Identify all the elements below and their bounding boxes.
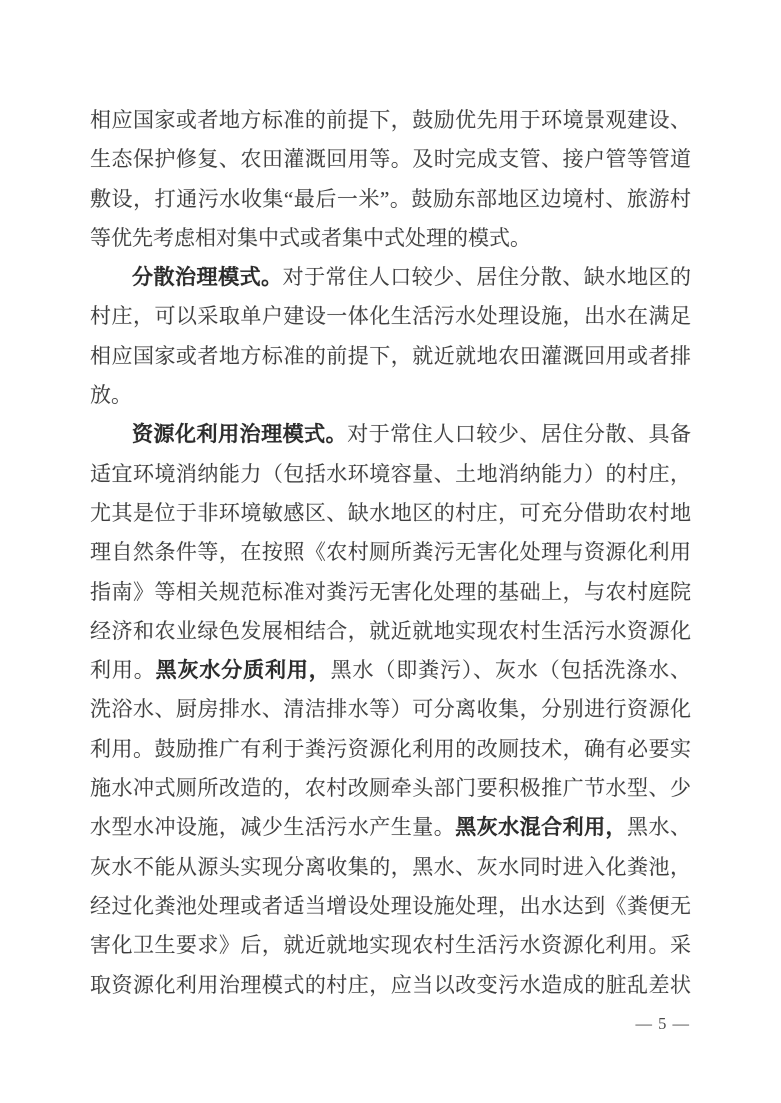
bold-heading-run: 黑灰水分质利用， — [156, 658, 331, 682]
page-number: — 5 — — [636, 1012, 691, 1036]
text-line: 施水冲式厕所改造的，农村改厕牵头部门要积极推广节水型、少 — [90, 769, 691, 808]
text-run: 经济和农业绿色发展相结合，就近就地实现农村生活污水资源化 — [90, 619, 691, 643]
text-run: 相应国家或者地方标准的前提下，就近就地农田灌溉回用或者排 — [90, 344, 691, 368]
text-line: 经济和农业绿色发展相结合，就近就地实现农村生活污水资源化 — [90, 612, 691, 651]
text-run: 敷设，打通污水收集“最后一米”。鼓励东部地区边境村、旅游村 — [90, 187, 691, 211]
text-line: 放。 — [90, 376, 691, 415]
text-run: 施水冲式厕所改造的，农村改厕牵头部门要积极推广节水型、少 — [90, 776, 691, 800]
text-run: 对于常住人口较少、居住分散、缺水地区的 — [283, 265, 691, 289]
bold-heading-run: 资源化利用治理模式。 — [132, 422, 347, 446]
text-run: 生态保护修复、农田灌溉回用等。及时完成支管、接户管等管道 — [90, 147, 691, 171]
text-line: 村庄，可以采取单户建设一体化生活污水处理设施，出水在满足 — [90, 297, 691, 336]
text-run: 指南》等相关规范标准对粪污无害化处理的基础上，与农村庭院 — [90, 580, 691, 604]
text-line: 利用。鼓励推广有利于粪污资源化利用的改厕技术，确有必要实 — [90, 730, 691, 769]
text-line: 灰水不能从源头实现分离收集的，黑水、灰水同时进入化粪池， — [90, 848, 691, 887]
text-line: 尤其是位于非环境敏感区、缺水地区的村庄，可充分借助农村地 — [90, 494, 691, 533]
text-line: 资源化利用治理模式。对于常住人口较少、居住分散、具备 — [90, 415, 691, 454]
text-line: 取资源化利用治理模式的村庄，应当以改变污水造成的脏乱差状 — [90, 966, 691, 1005]
document-page: 相应国家或者地方标准的前提下，鼓励优先用于环境景观建设、生态保护修复、农田灌溉回… — [0, 0, 781, 1103]
text-run: 黑水、 — [627, 815, 691, 839]
text-run: 利用。鼓励推广有利于粪污资源化利用的改厕技术，确有必要实 — [90, 737, 691, 761]
text-run: 经过化粪池处理或者适当增设处理设施处理，出水达到《粪便无 — [90, 894, 691, 918]
text-run: 灰水不能从源头实现分离收集的，黑水、灰水同时进入化粪池， — [90, 855, 691, 879]
text-run: 相应国家或者地方标准的前提下，鼓励优先用于环境景观建设、 — [90, 108, 691, 132]
text-line: 生态保护修复、农田灌溉回用等。及时完成支管、接户管等管道 — [90, 140, 691, 179]
text-run: 村庄，可以采取单户建设一体化生活污水处理设施，出水在满足 — [90, 304, 691, 328]
text-line: 洗浴水、厨房排水、清洁排水等）可分离收集，分别进行资源化 — [90, 690, 691, 729]
text-line: 利用。黑灰水分质利用，黑水（即粪污）、灰水（包括洗涤水、 — [90, 651, 691, 690]
text-line: 等优先考虑相对集中式或者集中式处理的模式。 — [90, 219, 691, 258]
text-run: 水型水冲设施，减少生活污水产生量。 — [90, 815, 455, 839]
bold-heading-run: 黑灰水混合利用， — [455, 815, 627, 839]
text-run: 害化卫生要求》后，就近就地实现农村生活污水资源化利用。采 — [90, 933, 691, 957]
text-run: 取资源化利用治理模式的村庄，应当以改变污水造成的脏乱差状 — [90, 973, 691, 997]
text-line: 理自然条件等，在按照《农村厕所粪污无害化处理与资源化利用 — [90, 533, 691, 572]
text-run: 利用。 — [90, 658, 156, 682]
text-run: 放。 — [90, 383, 132, 407]
text-run: 黑水（即粪污）、灰水（包括洗涤水、 — [331, 658, 691, 682]
text-run: 洗浴水、厨房排水、清洁排水等）可分离收集，分别进行资源化 — [90, 697, 691, 721]
text-run: 尤其是位于非环境敏感区、缺水地区的村庄，可充分借助农村地 — [90, 501, 691, 525]
text-line: 相应国家或者地方标准的前提下，鼓励优先用于环境景观建设、 — [90, 101, 691, 140]
text-line: 指南》等相关规范标准对粪污无害化处理的基础上，与农村庭院 — [90, 573, 691, 612]
text-line: 分散治理模式。对于常住人口较少、居住分散、缺水地区的 — [90, 258, 691, 297]
text-line: 适宜环境消纳能力（包括水环境容量、土地消纳能力）的村庄， — [90, 455, 691, 494]
text-line: 敷设，打通污水收集“最后一米”。鼓励东部地区边境村、旅游村 — [90, 180, 691, 219]
text-line: 经过化粪池处理或者适当增设处理设施处理，出水达到《粪便无 — [90, 887, 691, 926]
text-line: 害化卫生要求》后，就近就地实现农村生活污水资源化利用。采 — [90, 926, 691, 965]
bold-heading-run: 分散治理模式。 — [132, 265, 283, 289]
document-lines: 相应国家或者地方标准的前提下，鼓励优先用于环境景观建设、生态保护修复、农田灌溉回… — [90, 101, 691, 1005]
text-line: 相应国家或者地方标准的前提下，就近就地农田灌溉回用或者排 — [90, 337, 691, 376]
text-line: 水型水冲设施，减少生活污水产生量。黑灰水混合利用，黑水、 — [90, 808, 691, 847]
text-run: 对于常住人口较少、居住分散、具备 — [347, 422, 691, 446]
text-run: 适宜环境消纳能力（包括水环境容量、土地消纳能力）的村庄， — [90, 462, 691, 486]
text-run: 等优先考虑相对集中式或者集中式处理的模式。 — [90, 226, 531, 250]
text-run: 理自然条件等，在按照《农村厕所粪污无害化处理与资源化利用 — [90, 540, 691, 564]
